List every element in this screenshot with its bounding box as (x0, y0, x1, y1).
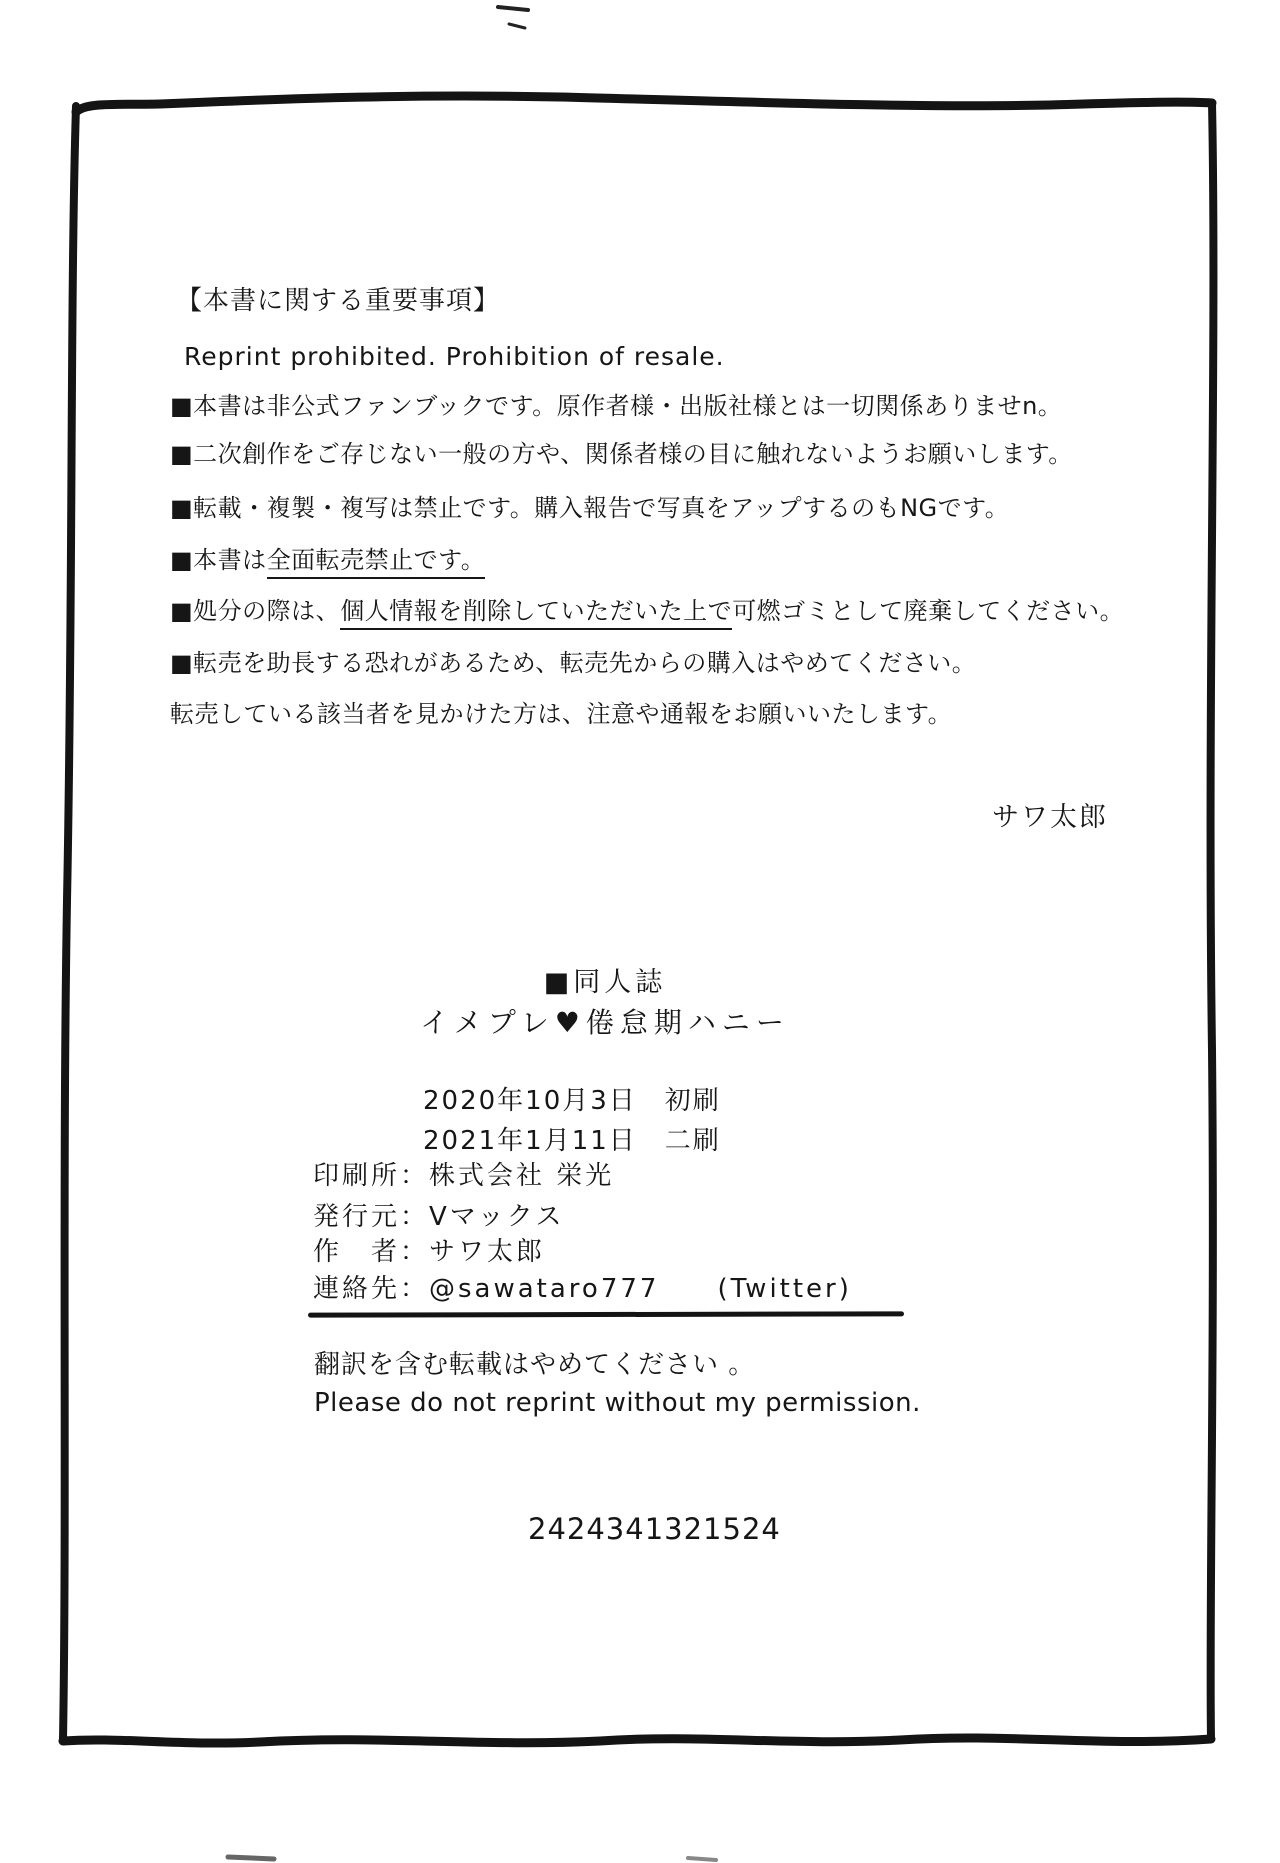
notice-no-copy: ■転載・複製・複写は禁止です。購入報告で写真をアップするのもNGです。 (170, 488, 1009, 523)
author-signature: サワ太郎 (992, 795, 1108, 834)
notice-no-resale: ■本書は全面転売禁止です。 (170, 540, 485, 575)
stray-mark-bottom (228, 1857, 274, 1859)
notice-disposal-prefix: ■処分の際は、 (170, 597, 340, 625)
section-header: 【本書に関する重要事項】 (176, 280, 500, 317)
notice-disposal-underlined: 個人情報を削除していただいた上で (340, 597, 732, 630)
second-printing-date: 2021年1月11日 二刷 (423, 1120, 721, 1157)
colophon-category: ■同人誌 (0, 960, 1210, 999)
contact-line: 連絡先：@sawataro777 (Twitter) (313, 1268, 852, 1305)
stray-mark-bottom-2 (688, 1858, 716, 1860)
notice-unofficial: ■本書は非公式ファンブックです。原作者様・出版社様とは一切関係ありませn。 (170, 386, 1062, 421)
first-printing-date: 2020年10月3日 初刷 (423, 1080, 721, 1117)
notice-disposal-suffix: 可燃ゴミとして廃棄してください。 (732, 597, 1124, 625)
no-translation-notice: 翻訳を含む転載はやめてください 。 (314, 1344, 755, 1381)
product-code: 2424341321524 (528, 1512, 781, 1546)
no-reprint-english: Please do not reprint without my permiss… (314, 1388, 921, 1418)
author-line: 作 者：サワ太郎 (313, 1231, 545, 1268)
english-notice: Reprint prohibited. Prohibition of resal… (184, 342, 725, 371)
notice-report: 転売している該当者を見かけた方は、注意や通報をお願いいたします。 (170, 694, 952, 729)
notice-no-resale-prefix: ■本書は (170, 546, 267, 574)
notice-no-resale-purchase: ■転売を助長する恐れがあるため、転売先からの購入はやめてください。 (170, 643, 976, 678)
notice-no-resale-underlined: 全面転売禁止です。 (267, 546, 486, 579)
scanned-doujinshi-colophon-page: 【本書に関する重要事項】 Reprint prohibited. Prohibi… (0, 0, 1280, 1863)
stray-mark-top (498, 7, 528, 10)
notice-general-public: ■二次創作をご存じない一般の方や、関係者様の目に触れないようお願いします。 (170, 434, 1073, 469)
printer-line: 印刷所：株式会社 栄光 (313, 1155, 614, 1192)
book-title: イメプレ♥倦怠期ハニー (0, 1001, 1210, 1041)
stray-mark-top-2 (509, 24, 525, 28)
notice-disposal: ■処分の際は、個人情報を削除していただいた上で可燃ゴミとして廃棄してください。 (170, 591, 1124, 626)
publisher-line: 発行元：Vマックス (313, 1196, 565, 1233)
